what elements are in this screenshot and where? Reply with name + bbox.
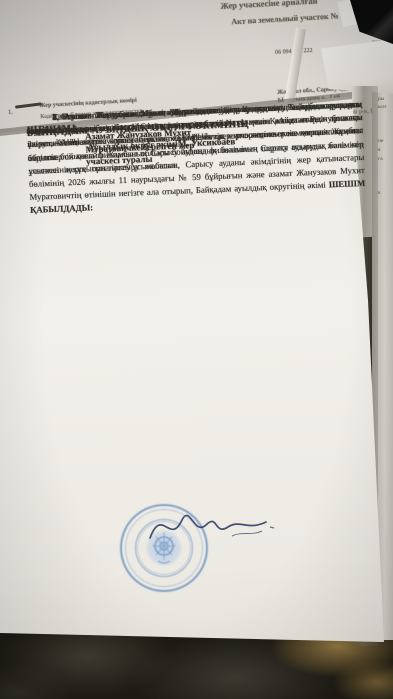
edge-text-fragment: ры bbox=[378, 96, 384, 102]
photo-of-documents: Жер учаскесіне арналған Акт на земельный… bbox=[0, 0, 393, 699]
edge-text-fragment: я bbox=[378, 147, 381, 153]
edge-text-fragment: к bbox=[378, 190, 381, 196]
edge-text-fragment: не bbox=[378, 138, 383, 144]
akt-row-number: 1. bbox=[8, 109, 13, 116]
akt-title-kk: Жер учаскесіне арналған bbox=[220, 0, 318, 11]
edge-text-fragment: ылғ bbox=[378, 104, 387, 110]
akim-signature-mark bbox=[142, 500, 282, 552]
edge-text-fragment: ға bbox=[378, 156, 383, 162]
